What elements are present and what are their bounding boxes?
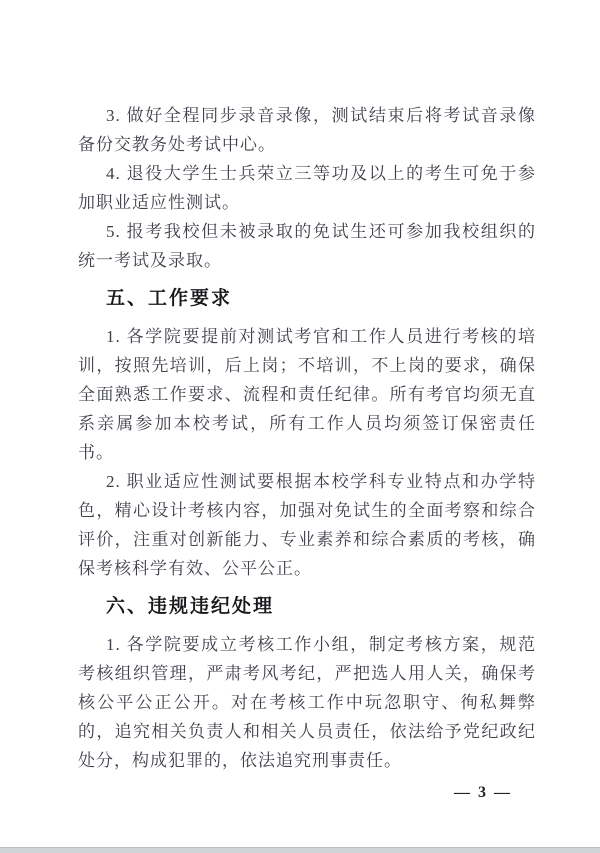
page-bottom-edge [0,847,600,853]
intro-item-3: 3. 做好全程同步录音录像，测试结束后将考试音录像备份交教务处考试中心。 [78,101,536,159]
section-work-requirements-paragraph-2: 2. 职业适应性测试要根据本校学科专业特点和办学特色，精心设计考核内容，加强对免… [78,467,536,583]
intro-item-4: 4. 退役大学生士兵荣立三等功及以上的考生可免于参加职业适应性测试。 [78,159,536,217]
section-violation-handling-paragraph-1: 1. 各学院要成立考核工作小组，制定考核方案，规范考核组织管理，严肃考风考纪，严… [78,630,536,775]
intro-item-5: 5. 报考我校但未被录取的免试生还可参加我校组织的统一考试及录取。 [78,217,536,275]
page-number: — 3 — [454,784,512,802]
document-viewport: 3. 做好全程同步录音录像，测试结束后将考试音录像备份交教务处考试中心。 4. … [0,0,600,853]
section-heading-work-requirements: 五、工作要求 [78,284,536,313]
section-heading-violation-handling: 六、违规违纪处理 [78,592,536,621]
page-content: 3. 做好全程同步录音录像，测试结束后将考试音录像备份交教务处考试中心。 4. … [0,0,600,775]
section-work-requirements-paragraph-1: 1. 各学院要提前对测试考官和工作人员进行考核的培训，按照先培训，后上岗；不培训… [78,322,536,467]
document-page: 3. 做好全程同步录音录像，测试结束后将考试音录像备份交教务处考试中心。 4. … [0,0,600,853]
